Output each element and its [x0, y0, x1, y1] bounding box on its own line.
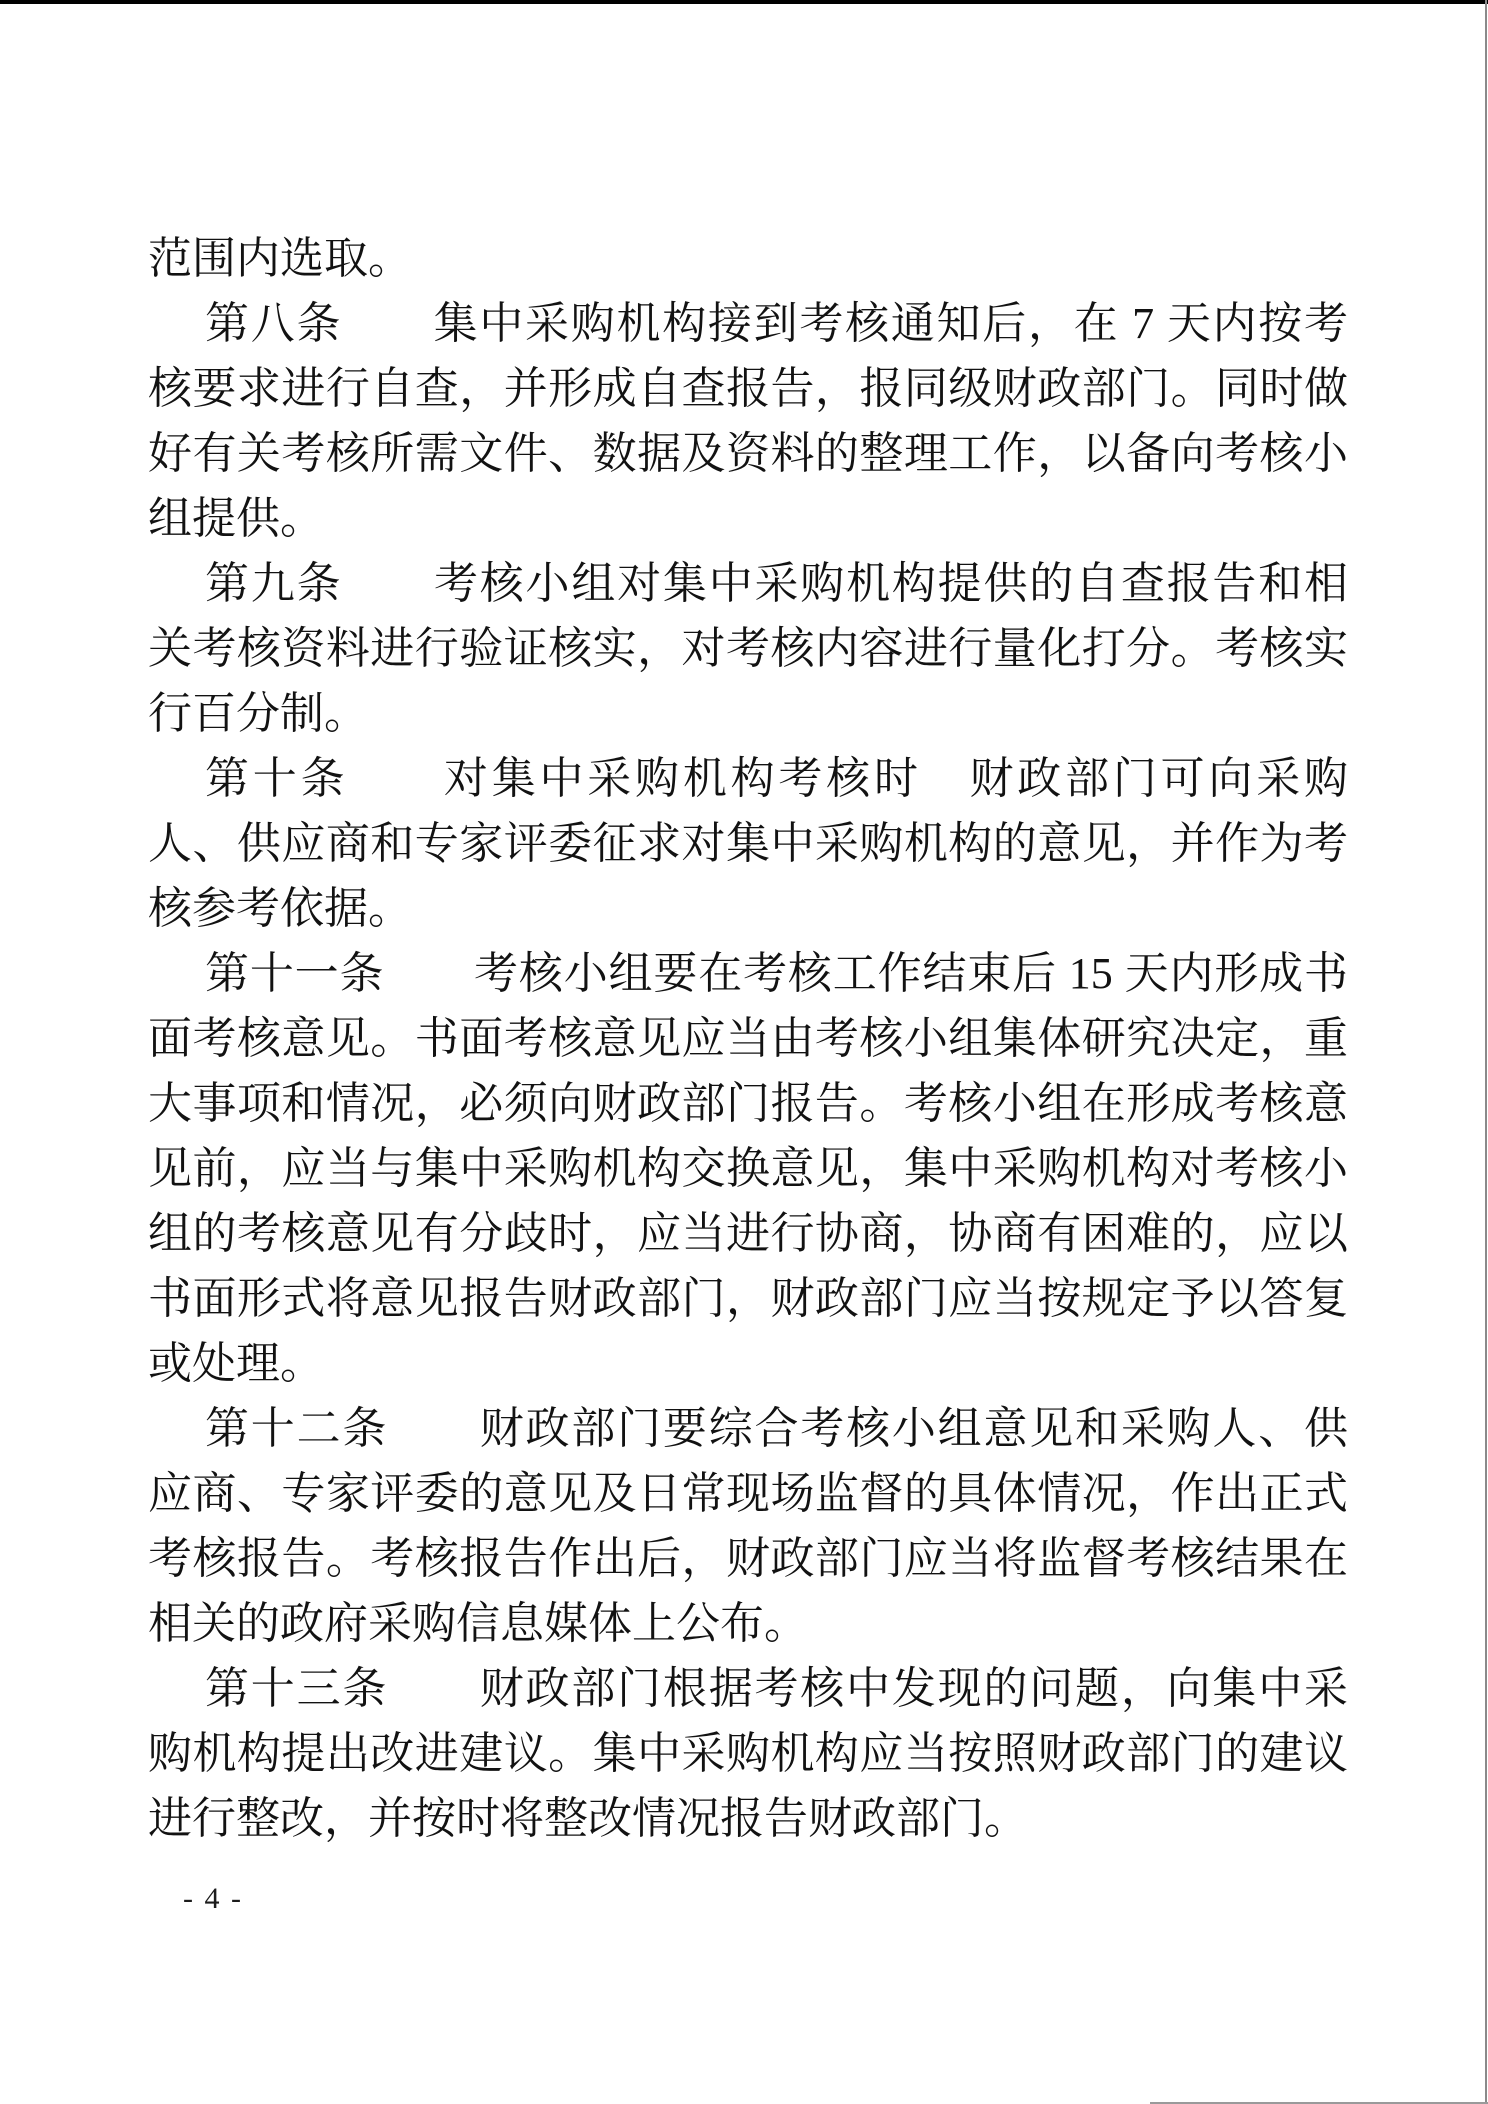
paragraph: 第十条 对集中采购机构考核时 财政部门可向采购人、供应商和专家评委征求对集中采购… — [148, 746, 1348, 941]
paragraph: 第十二条 财政部门要综合考核小组意见和采购人、供应商、专家评委的意见及日常现场监… — [148, 1396, 1348, 1656]
paragraph: 第九条 考核小组对集中采购机构提供的自查报告和相关考核资料进行验证核实，对考核内… — [148, 551, 1348, 746]
document-body-text: 范围内选取。第八条 集中采购机构接到考核通知后，在 7 天内按考核要求进行自查，… — [148, 226, 1348, 1851]
paragraph: 范围内选取。 — [148, 226, 1348, 291]
page-right-scan-line — [1485, 0, 1487, 2104]
paragraph: 第十三条 财政部门根据考核中发现的问题，向集中采购机构提出改进建议。集中采购机构… — [148, 1656, 1348, 1851]
page-top-border — [0, 0, 1488, 4]
scanned-document-page: { "page": { "background_color": "#ffffff… — [0, 0, 1488, 2104]
paragraph: 第八条 集中采购机构接到考核通知后，在 7 天内按考核要求进行自查，并形成自查报… — [148, 291, 1348, 551]
paragraph: 第十一条 考核小组要在考核工作结束后 15 天内形成书面考核意见。书面考核意见应… — [148, 941, 1348, 1396]
page-number: - 4 - — [183, 1882, 243, 1916]
